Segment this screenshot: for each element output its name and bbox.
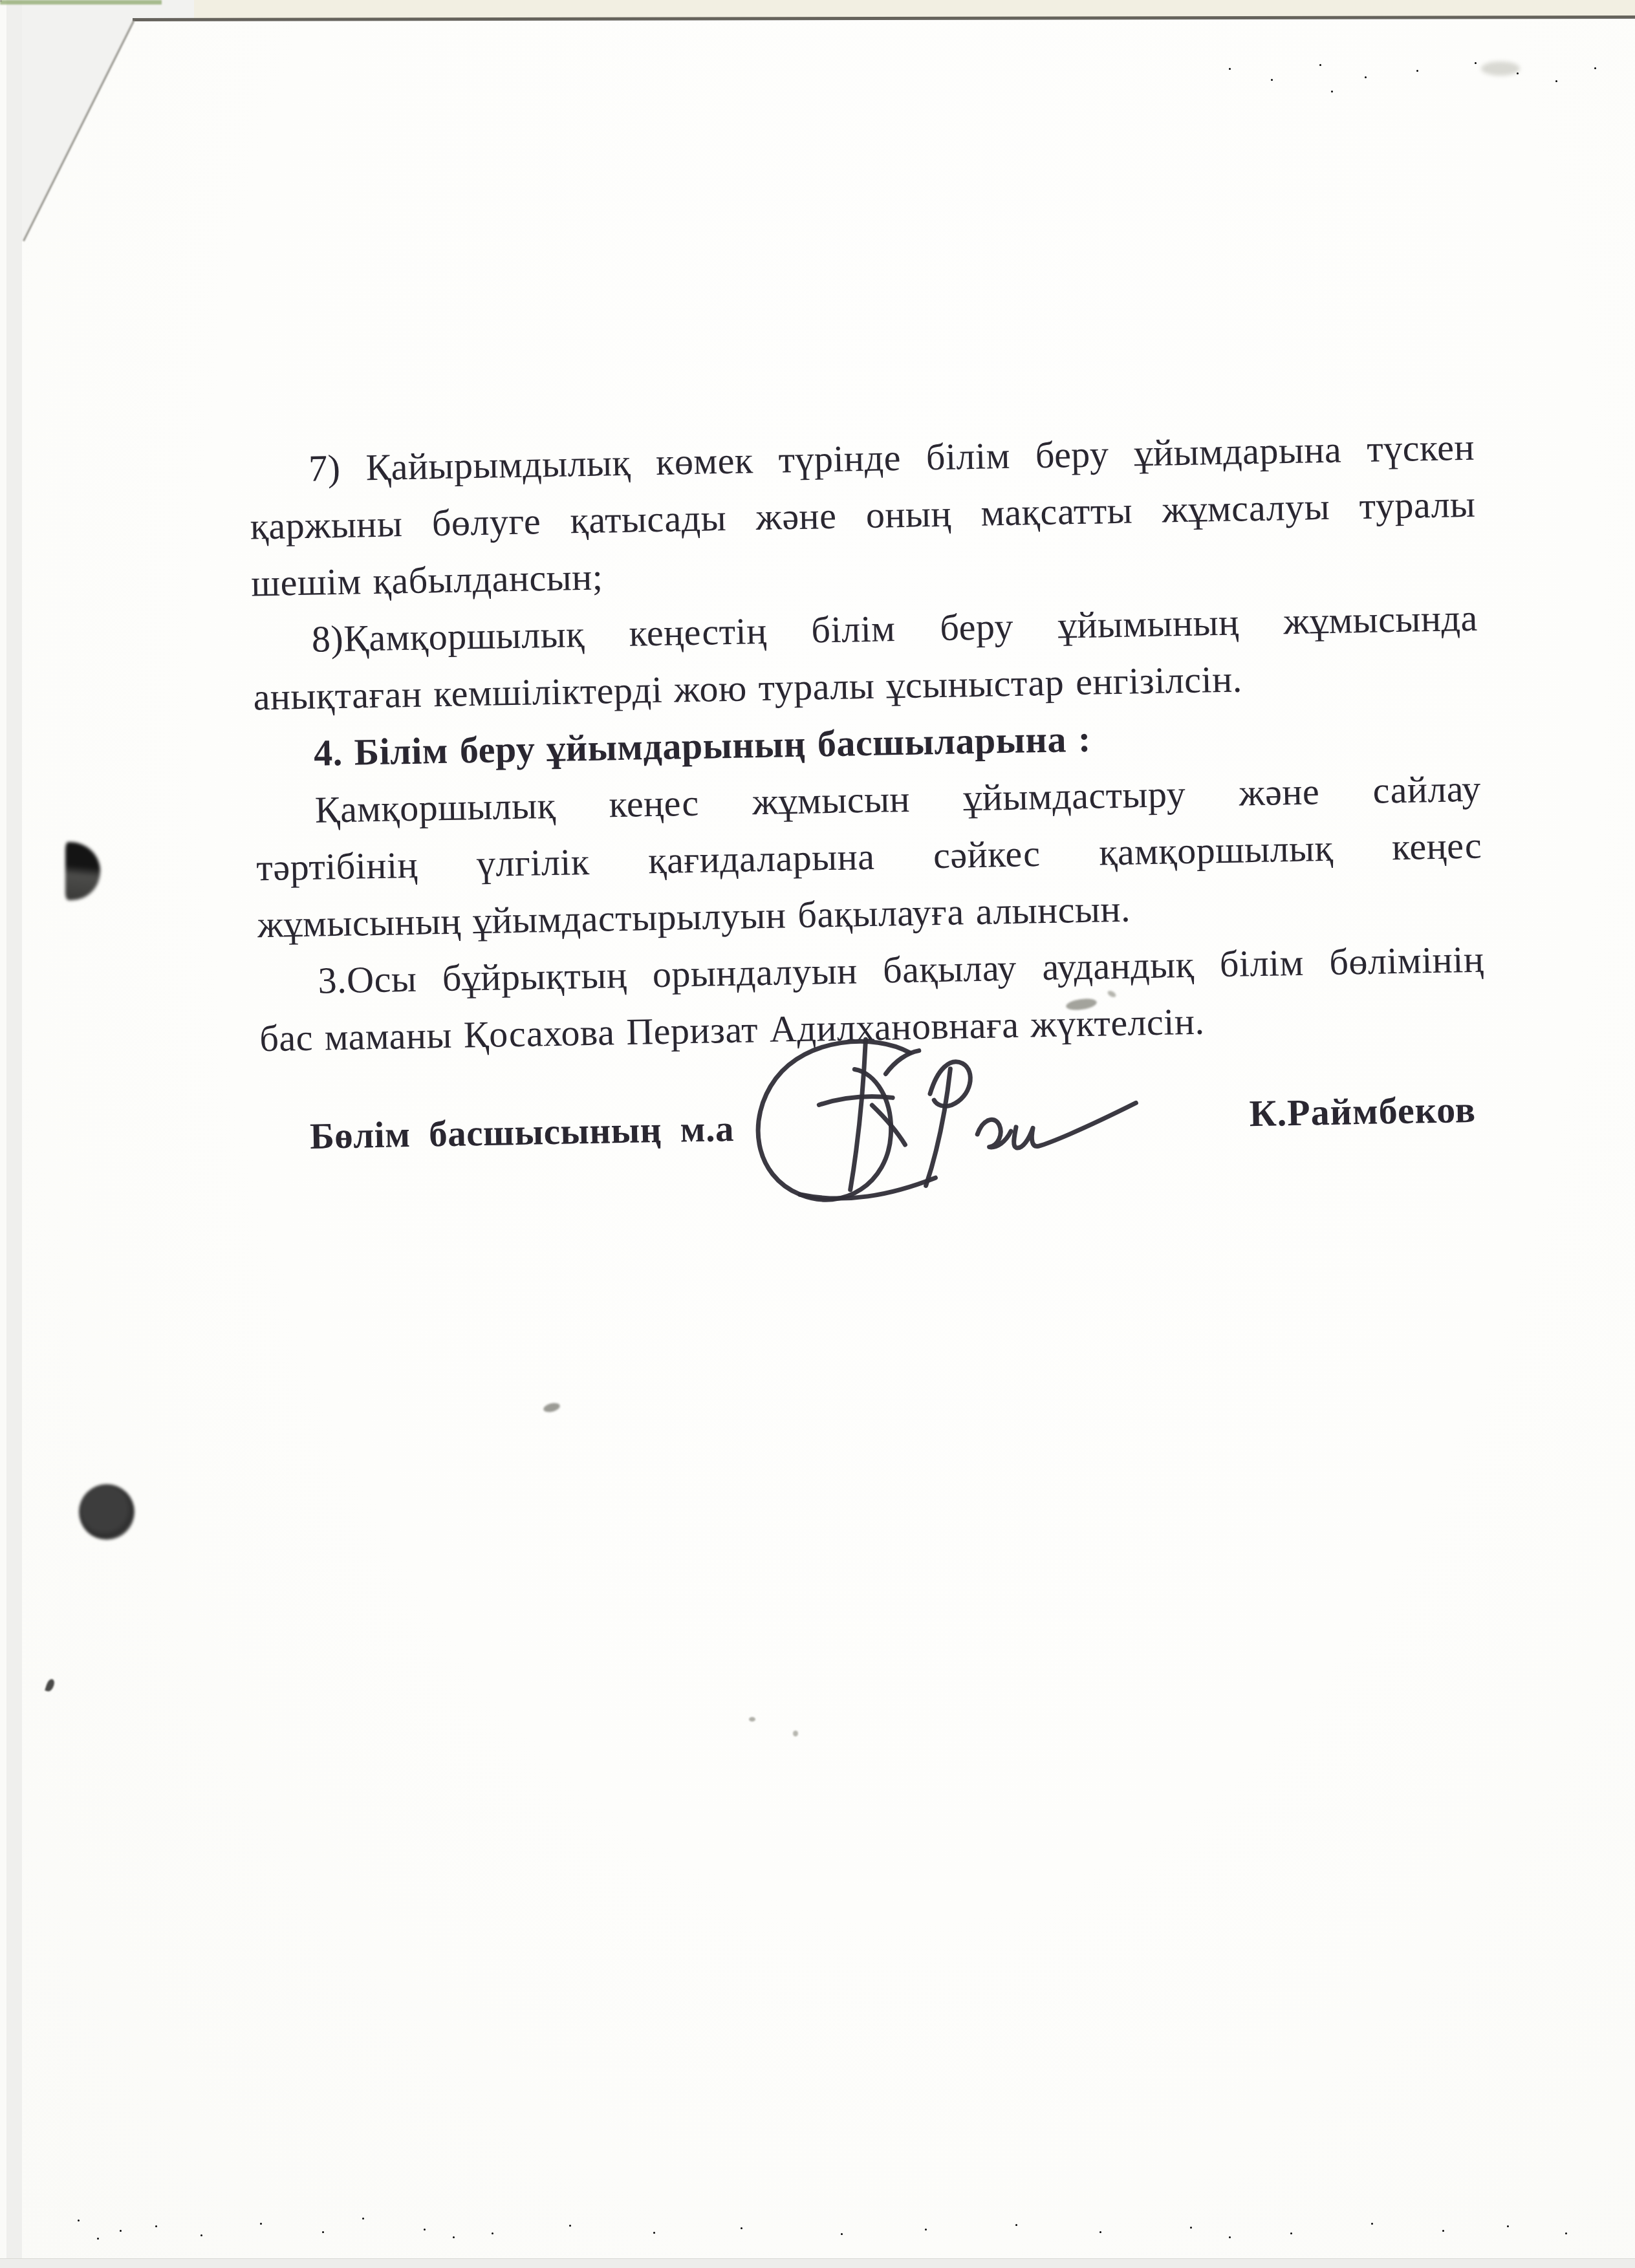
- scanner-smudge: [793, 1731, 798, 1736]
- hole-punch-mark: [79, 1484, 135, 1540]
- scanner-smudge: [1481, 61, 1520, 76]
- text-block: 7) Қайырымдылық көмек түрінде білім беру…: [248, 419, 1485, 1068]
- handwritten-signature-icon: [715, 1024, 1145, 1219]
- signature-row: Бөлім басшысының м.а К.Раймбеков: [261, 1083, 1489, 1286]
- signer-name: К.Раймбеков: [1249, 1088, 1477, 1135]
- signer-role-label: Бөлім басшысының м.а: [310, 1108, 735, 1158]
- scanner-smudge: [749, 1717, 755, 1722]
- scanner-edge-artifact: [0, 0, 162, 5]
- scanned-document-page: 7) Қайырымдылық көмек түрінде білім беру…: [0, 0, 1635, 2268]
- paper-bottom-edge: [0, 2258, 1635, 2268]
- scanner-left-edge-strip: [0, 0, 22, 2268]
- scanner-speckle-noise: [0, 0, 2, 2]
- document-body: 7) Қайырымдылық көмек түрінде білім беру…: [248, 419, 1489, 1286]
